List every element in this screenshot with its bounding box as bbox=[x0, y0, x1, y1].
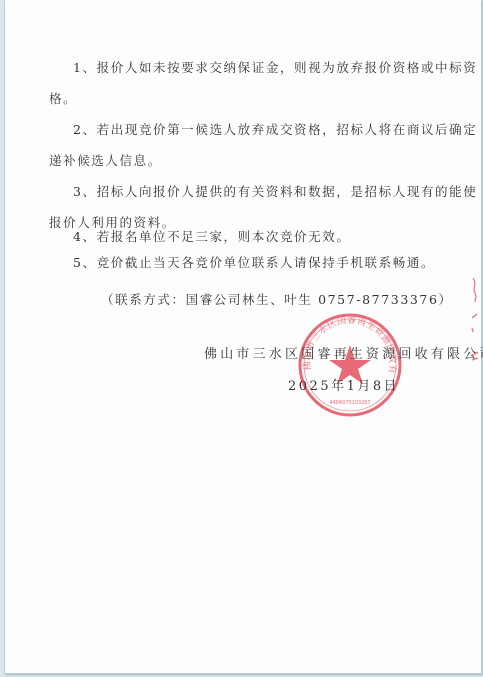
clause-5: 5、竞价截止当天各竞价单位联系人请保持手机联系畅通。 bbox=[49, 247, 463, 278]
contact-info: （联系方式：国睿公司林生、叶生 0757-87733376） bbox=[101, 290, 453, 308]
clause-1-line2: 格。 bbox=[49, 91, 77, 106]
svg-text:4406070103267: 4406070103267 bbox=[329, 400, 370, 406]
clause-2-line1: 2、若出现竞价第一候选人放弃成交资格，招标人将在商议后确定 bbox=[73, 122, 477, 137]
signature-company: 佛山市三水区国睿再生资源回收有限公司 bbox=[204, 343, 483, 362]
document-page: 1、报价人如未按要求交纳保证金，则视为放弃报价资格或中标资 格。 2、若出现竞价… bbox=[4, 0, 482, 674]
clause-4-line1: 4、若报名单位不足三家，则本次竞价无效。 bbox=[73, 229, 350, 244]
clause-2-line2: 递补候选人信息。 bbox=[49, 153, 162, 168]
signature-date: 2025年1月8日 bbox=[288, 375, 399, 394]
clause-5-line1: 5、竞价截止当天各竞价单位联系人请保持手机联系畅通。 bbox=[73, 255, 435, 270]
clause-2: 2、若出现竞价第一候选人放弃成交资格，招标人将在商议后确定 bbox=[49, 114, 463, 145]
clause-2-cont: 递补候选人信息。 bbox=[49, 145, 439, 176]
clause-1-line1: 1、报价人如未按要求交纳保证金，则视为放弃报价资格或中标资 bbox=[73, 60, 477, 75]
seam-seal-icon bbox=[467, 270, 481, 380]
clause-1: 1、报价人如未按要求交纳保证金，则视为放弃报价资格或中标资 bbox=[49, 52, 463, 83]
company-seal-icon: 佛山市三水区国睿再生资源回收有限公司 4406070103267 bbox=[297, 312, 403, 418]
clause-1-cont: 格。 bbox=[49, 83, 439, 114]
clause-3-line1: 3、招标人向报价人提供的有关资料和数据，是招标人现有的能使 bbox=[73, 184, 477, 199]
clause-3: 3、招标人向报价人提供的有关资料和数据，是招标人现有的能使 bbox=[49, 176, 463, 207]
